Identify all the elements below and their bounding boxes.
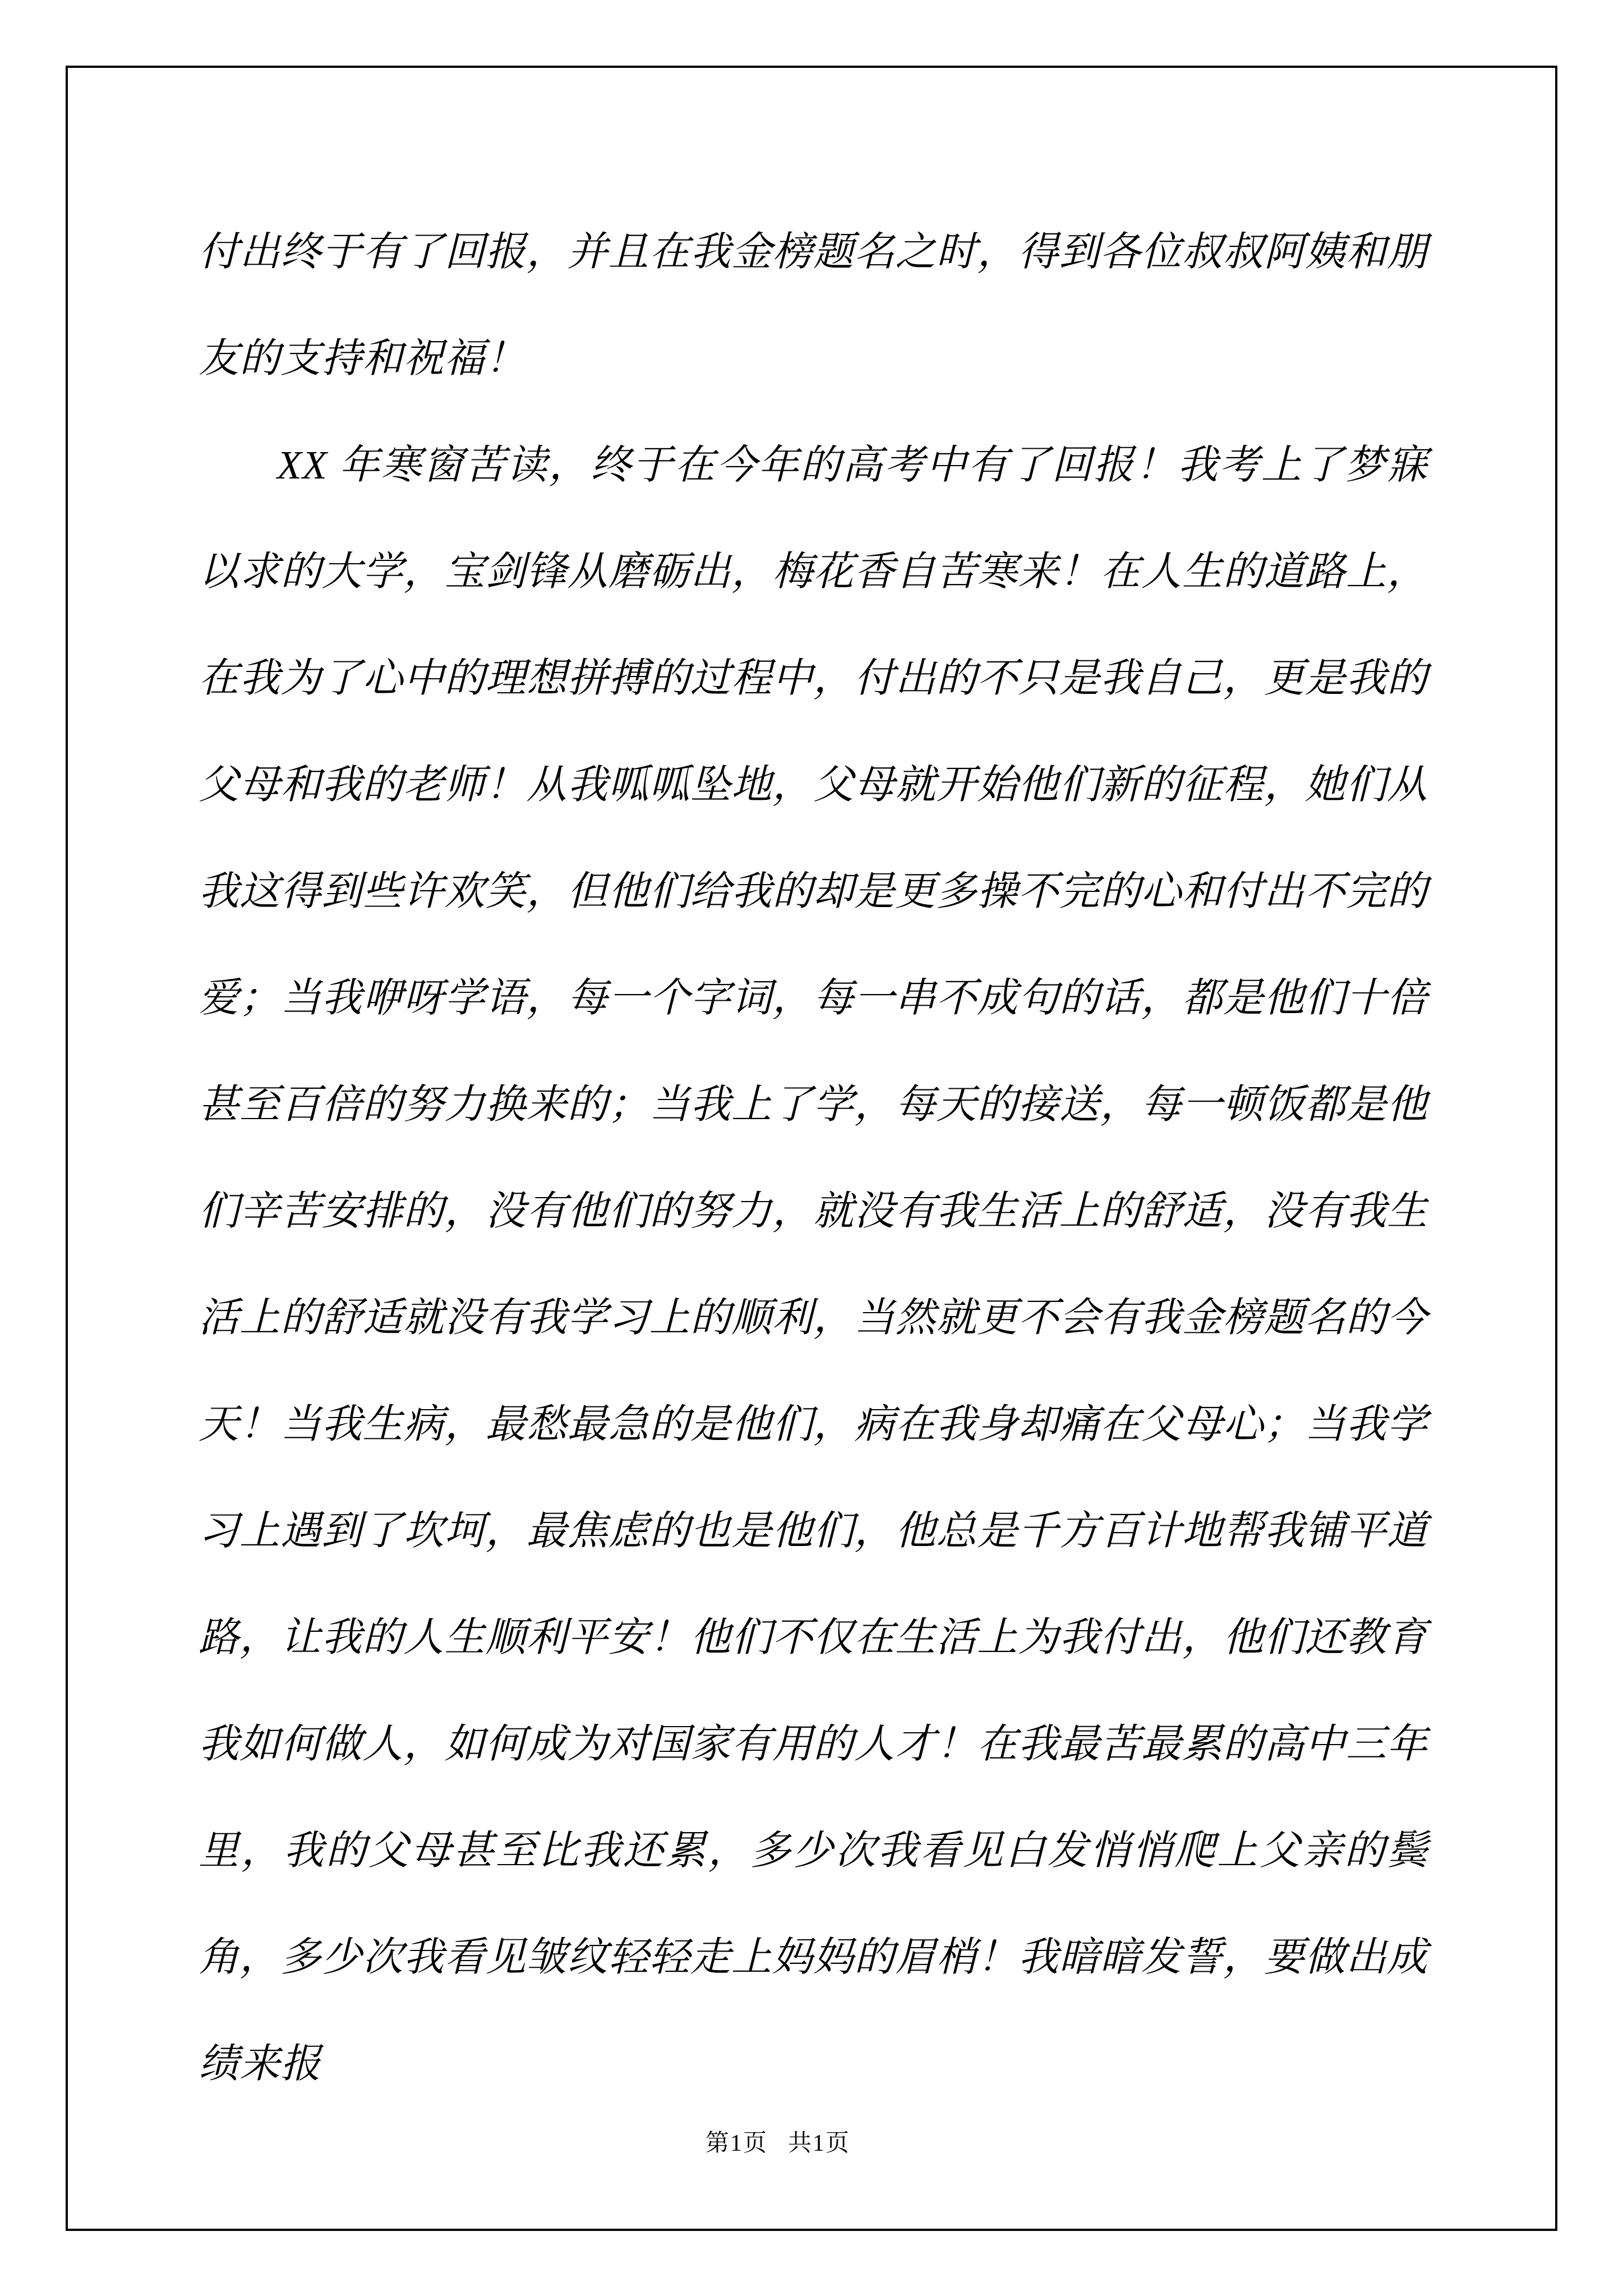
paragraph: XX 年寒窗苦读，终于在今年的高考中有了回报！我考上了梦寐以求的大学，宝剑锋从磨… [199, 412, 1428, 2117]
page-footer: 第1页 共1页 [706, 2131, 850, 2156]
page-count-label: 共1页 [788, 2131, 850, 2156]
page-number-label: 第1页 [706, 2131, 768, 2156]
document-body: 付出终于有了回报，并且在我金榜题名之时，得到各位叔叔阿姨和朋友的支持和祝福！ X… [199, 199, 1428, 2117]
document-page: 付出终于有了回报，并且在我金榜题名之时，得到各位叔叔阿姨和朋友的支持和祝福！ X… [0, 0, 1623, 2296]
paragraph: 付出终于有了回报，并且在我金榜题名之时，得到各位叔叔阿姨和朋友的支持和祝福！ [199, 199, 1428, 412]
